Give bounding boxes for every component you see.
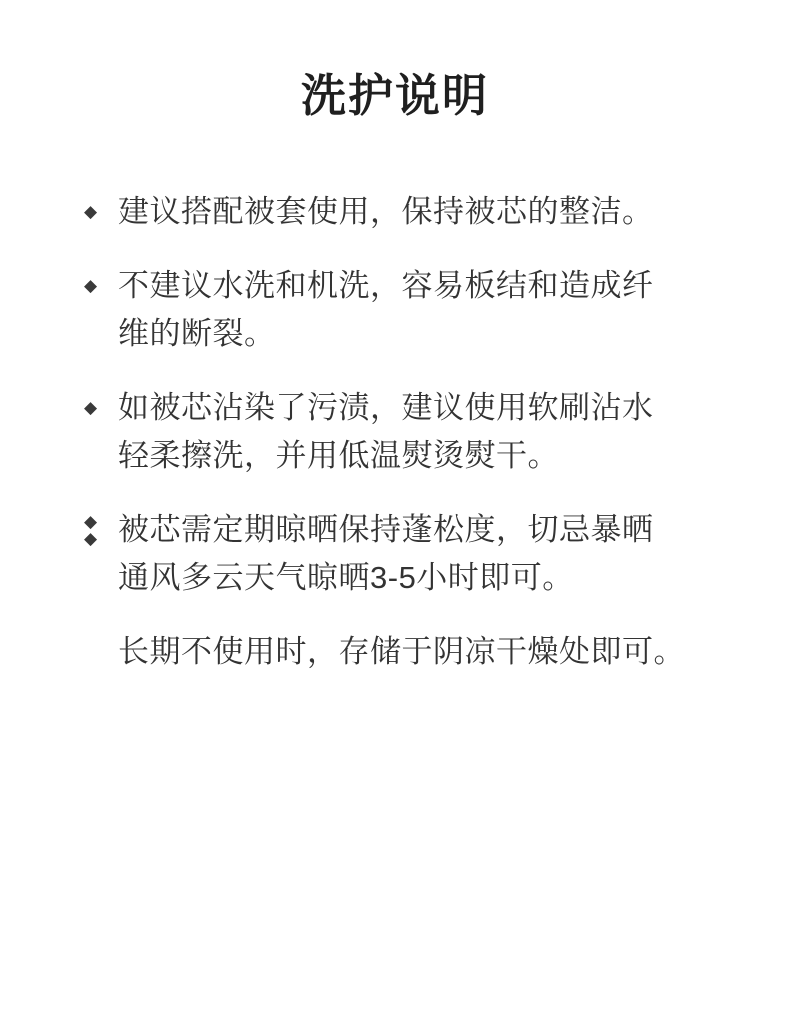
- list-item: ◆ 不建议水洗和机洗，容易板结和造成纤维的断裂。: [84, 262, 730, 358]
- item-text: 不建议水洗和机洗，容易板结和造成纤维的断裂。: [118, 262, 730, 358]
- item-text: 长期不使用时，存储于阴凉干燥处即可。: [118, 628, 730, 676]
- item-text: 如被芯沾染了污渍，建议使用软刷沾水轻柔擦洗，并用低温熨烫熨干。: [118, 384, 730, 480]
- item-text: 建议搭配被套使用，保持被芯的整洁。: [118, 188, 730, 236]
- diamond-bullet-icon: ◆: [84, 384, 118, 432]
- list-item: ◆ 如被芯沾染了污渍，建议使用软刷沾水轻柔擦洗，并用低温熨烫熨干。: [84, 384, 730, 480]
- care-instructions-page: 洗护说明 ◆ 建议搭配被套使用，保持被芯的整洁。 ◆ 不建议水洗和机洗，容易板结…: [0, 0, 790, 1011]
- diamond-bullet-icon: ◆: [84, 262, 118, 310]
- list-item: ◆◆ 被芯需定期晾晒保持蓬松度，切忌暴晒通风多云天气晾晒3-5小时即可。: [84, 506, 730, 602]
- list-item: 长期不使用时，存储于阴凉干燥处即可。: [84, 628, 730, 676]
- instruction-list: ◆ 建议搭配被套使用，保持被芯的整洁。 ◆ 不建议水洗和机洗，容易板结和造成纤维…: [0, 188, 790, 676]
- item-text: 被芯需定期晾晒保持蓬松度，切忌暴晒通风多云天气晾晒3-5小时即可。: [118, 506, 730, 602]
- list-item: ◆ 建议搭配被套使用，保持被芯的整洁。: [84, 188, 730, 236]
- diamond-bullet-icon: ◆: [84, 188, 118, 236]
- page-title: 洗护说明: [0, 0, 790, 126]
- double-diamond-bullet-icon: ◆◆: [84, 506, 118, 554]
